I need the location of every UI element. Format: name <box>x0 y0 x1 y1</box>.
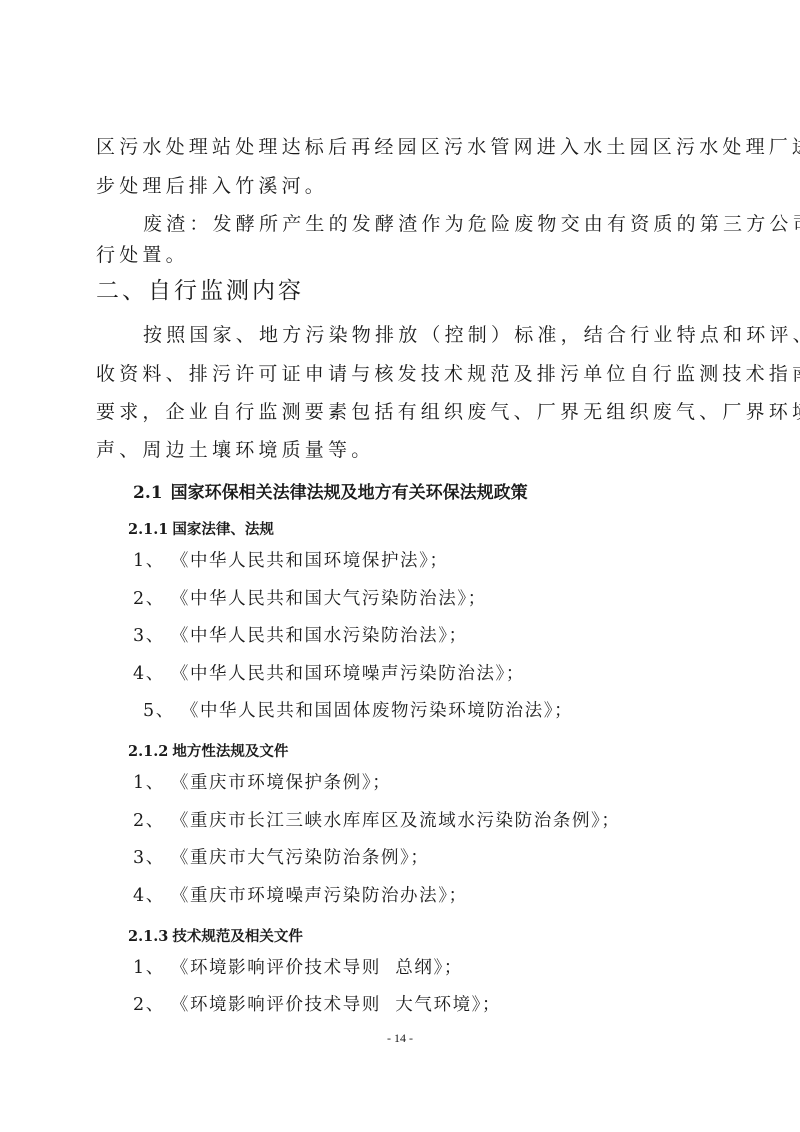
list-text: 《中华人民共和国环境噪声污染防治法》； <box>171 664 525 684</box>
list-number: 2、 <box>133 587 165 611</box>
heading-title: 技术规范及相关文件 <box>172 928 303 945</box>
list-item: 1、《环境影响评价技术导则 总纲》； <box>133 956 463 980</box>
subsection-heading-2-1: 2.1国家环保相关法律法规及地方有关环保法规政策 <box>133 482 528 504</box>
list-item: 2、《环境影响评价技术导则 大气环境》； <box>133 993 501 1017</box>
list-number: 1、 <box>133 956 165 980</box>
list-text: 《环境影响评价技术导则 大气环境》； <box>171 995 501 1015</box>
list-number: 3、 <box>133 846 165 870</box>
list-number: 1、 <box>133 771 165 795</box>
list-item: 4、《中华人民共和国环境噪声污染防治法》； <box>133 662 525 686</box>
paragraph-line: 区污水处理站处理达标后再经园区污水管网进入水土园区污水处理厂进一 <box>96 135 800 159</box>
heading-number: 2.1 <box>133 483 163 503</box>
paragraph-line: 按照国家、地方污染物排放（控制）标准，结合行业特点和环评、验 <box>143 323 800 347</box>
paragraph-line: 声、周边土壤环境质量等。 <box>96 438 374 462</box>
section-heading: 二、自行监测内容 <box>96 276 304 306</box>
subsection-heading-2-1-1: 2.1.1国家法律、法规 <box>128 520 274 540</box>
heading-number: 2.1.2 <box>128 743 168 760</box>
list-number: 4、 <box>133 662 165 686</box>
list-item: 4、《重庆市环境噪声污染防治办法》； <box>133 884 468 908</box>
list-text: 《中华人民共和国固体废物污染环境防治法》； <box>181 701 573 721</box>
list-item: 2、《重庆市长江三峡水库库区及流域水污染防治条例》； <box>133 809 621 833</box>
list-number: 2、 <box>133 809 165 833</box>
list-item: 3、《中华人民共和国水污染防治法》； <box>133 624 468 648</box>
subsection-heading-2-1-2: 2.1.2地方性法规及文件 <box>128 742 288 762</box>
list-text: 《中华人民共和国大气污染防治法》； <box>171 589 487 609</box>
list-item: 1、《重庆市环境保护条例》； <box>133 771 391 795</box>
heading-title: 地方性法规及文件 <box>172 743 288 760</box>
heading-title: 国家法律、法规 <box>172 521 274 538</box>
subsection-heading-2-1-3: 2.1.3技术规范及相关文件 <box>128 927 303 947</box>
paragraph-line: 要求，企业自行监测要素包括有组织废气、厂界无组织废气、厂界环境噪 <box>96 400 800 424</box>
list-item: 1、《中华人民共和国环境保护法》； <box>133 549 449 573</box>
paragraph-line: 步处理后排入竹溪河。 <box>96 174 328 198</box>
list-number: 5、 <box>143 699 175 723</box>
list-number: 2、 <box>133 993 165 1017</box>
paragraph-line: 废渣：发酵所产生的发酵渣作为危险废物交由有资质的第三方公司进 <box>143 212 800 236</box>
list-text: 《重庆市环境保护条例》； <box>171 773 391 793</box>
page-number: - 14 - <box>0 1030 800 1046</box>
list-text: 《中华人民共和国环境保护法》； <box>171 551 449 571</box>
heading-number: 2.1.1 <box>128 521 168 538</box>
list-text: 《重庆市长江三峡水库库区及流域水污染防治条例》； <box>171 811 621 831</box>
paragraph-line: 行处置。 <box>96 243 189 267</box>
list-text: 《中华人民共和国水污染防治法》； <box>171 626 468 646</box>
list-number: 4、 <box>133 884 165 908</box>
list-item: 5、《中华人民共和国固体废物污染环境防治法》； <box>143 699 573 723</box>
paragraph-line: 收资料、排污许可证申请与核发技术规范及排污单位自行监测技术指南的 <box>96 362 800 386</box>
list-text: 《环境影响评价技术导则 总纲》； <box>171 958 463 978</box>
heading-number: 2.1.3 <box>128 928 168 945</box>
list-number: 3、 <box>133 624 165 648</box>
list-item: 3、《重庆市大气污染防治条例》； <box>133 846 430 870</box>
list-number: 1、 <box>133 549 165 573</box>
list-text: 《重庆市大气污染防治条例》； <box>171 848 430 868</box>
list-item: 2、《中华人民共和国大气污染防治法》； <box>133 587 487 611</box>
list-text: 《重庆市环境噪声污染防治办法》； <box>171 886 468 906</box>
heading-title: 国家环保相关法律法规及地方有关环保法规政策 <box>171 483 528 503</box>
